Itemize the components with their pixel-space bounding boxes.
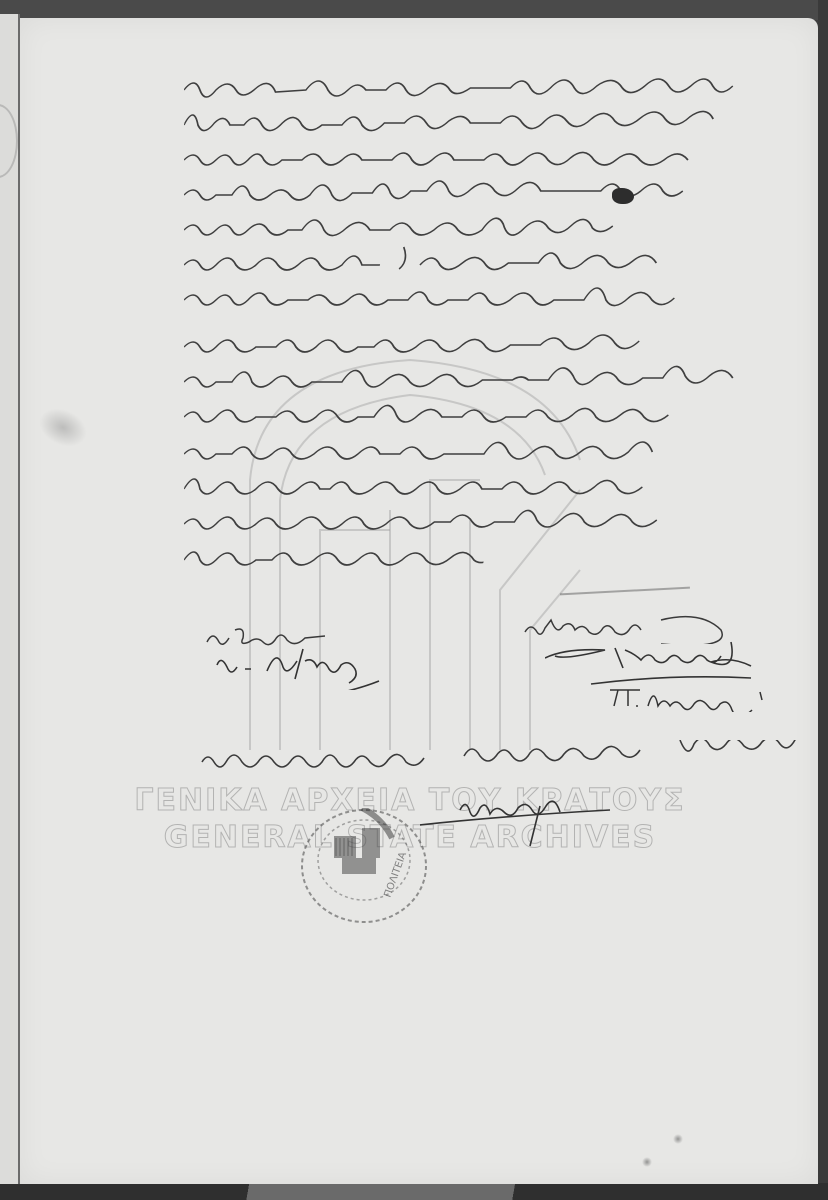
official-seal-stamp: ΠΟΛΙΤΕΙΑ: [292, 808, 442, 928]
closing-signature: [420, 790, 620, 850]
handwritten-line-3: [181, 138, 803, 172]
handwritten-line-13: [181, 502, 803, 536]
handwritten-line-4: [181, 173, 803, 207]
scanner-backdrop-bottom: [0, 1183, 828, 1200]
left-signature: [215, 645, 405, 690]
handwritten-line-9: [181, 360, 803, 394]
paper-speck: [642, 1157, 652, 1167]
svg-text:ΠΟΛΙΤΕΙΑ: ΠΟΛΙΤΕΙΑ: [382, 851, 409, 899]
handwritten-line-6: [181, 243, 803, 277]
handwritten-line-14: [181, 538, 488, 572]
paper-speck: [673, 1134, 683, 1144]
handwritten-line-8: [181, 325, 803, 359]
handwritten-line-2: [181, 103, 798, 137]
handwritten-line-10: [181, 395, 803, 429]
right-signature: [545, 640, 785, 685]
handwritten-line-12: [181, 467, 803, 501]
previous-page-seal-icon: [0, 104, 18, 178]
right-signature-name: [600, 680, 810, 712]
previous-page-edge: [0, 14, 20, 1184]
handwritten-line-7: [181, 278, 803, 312]
handwritten-line-11: [181, 432, 803, 466]
handwritten-line-1: [181, 68, 803, 102]
scanner-backdrop-right: [818, 0, 828, 1200]
handwritten-line-5: [181, 208, 803, 242]
scanner-backdrop-top: [0, 0, 828, 20]
ink-blot: [612, 188, 634, 204]
closing-line: [200, 740, 800, 780]
